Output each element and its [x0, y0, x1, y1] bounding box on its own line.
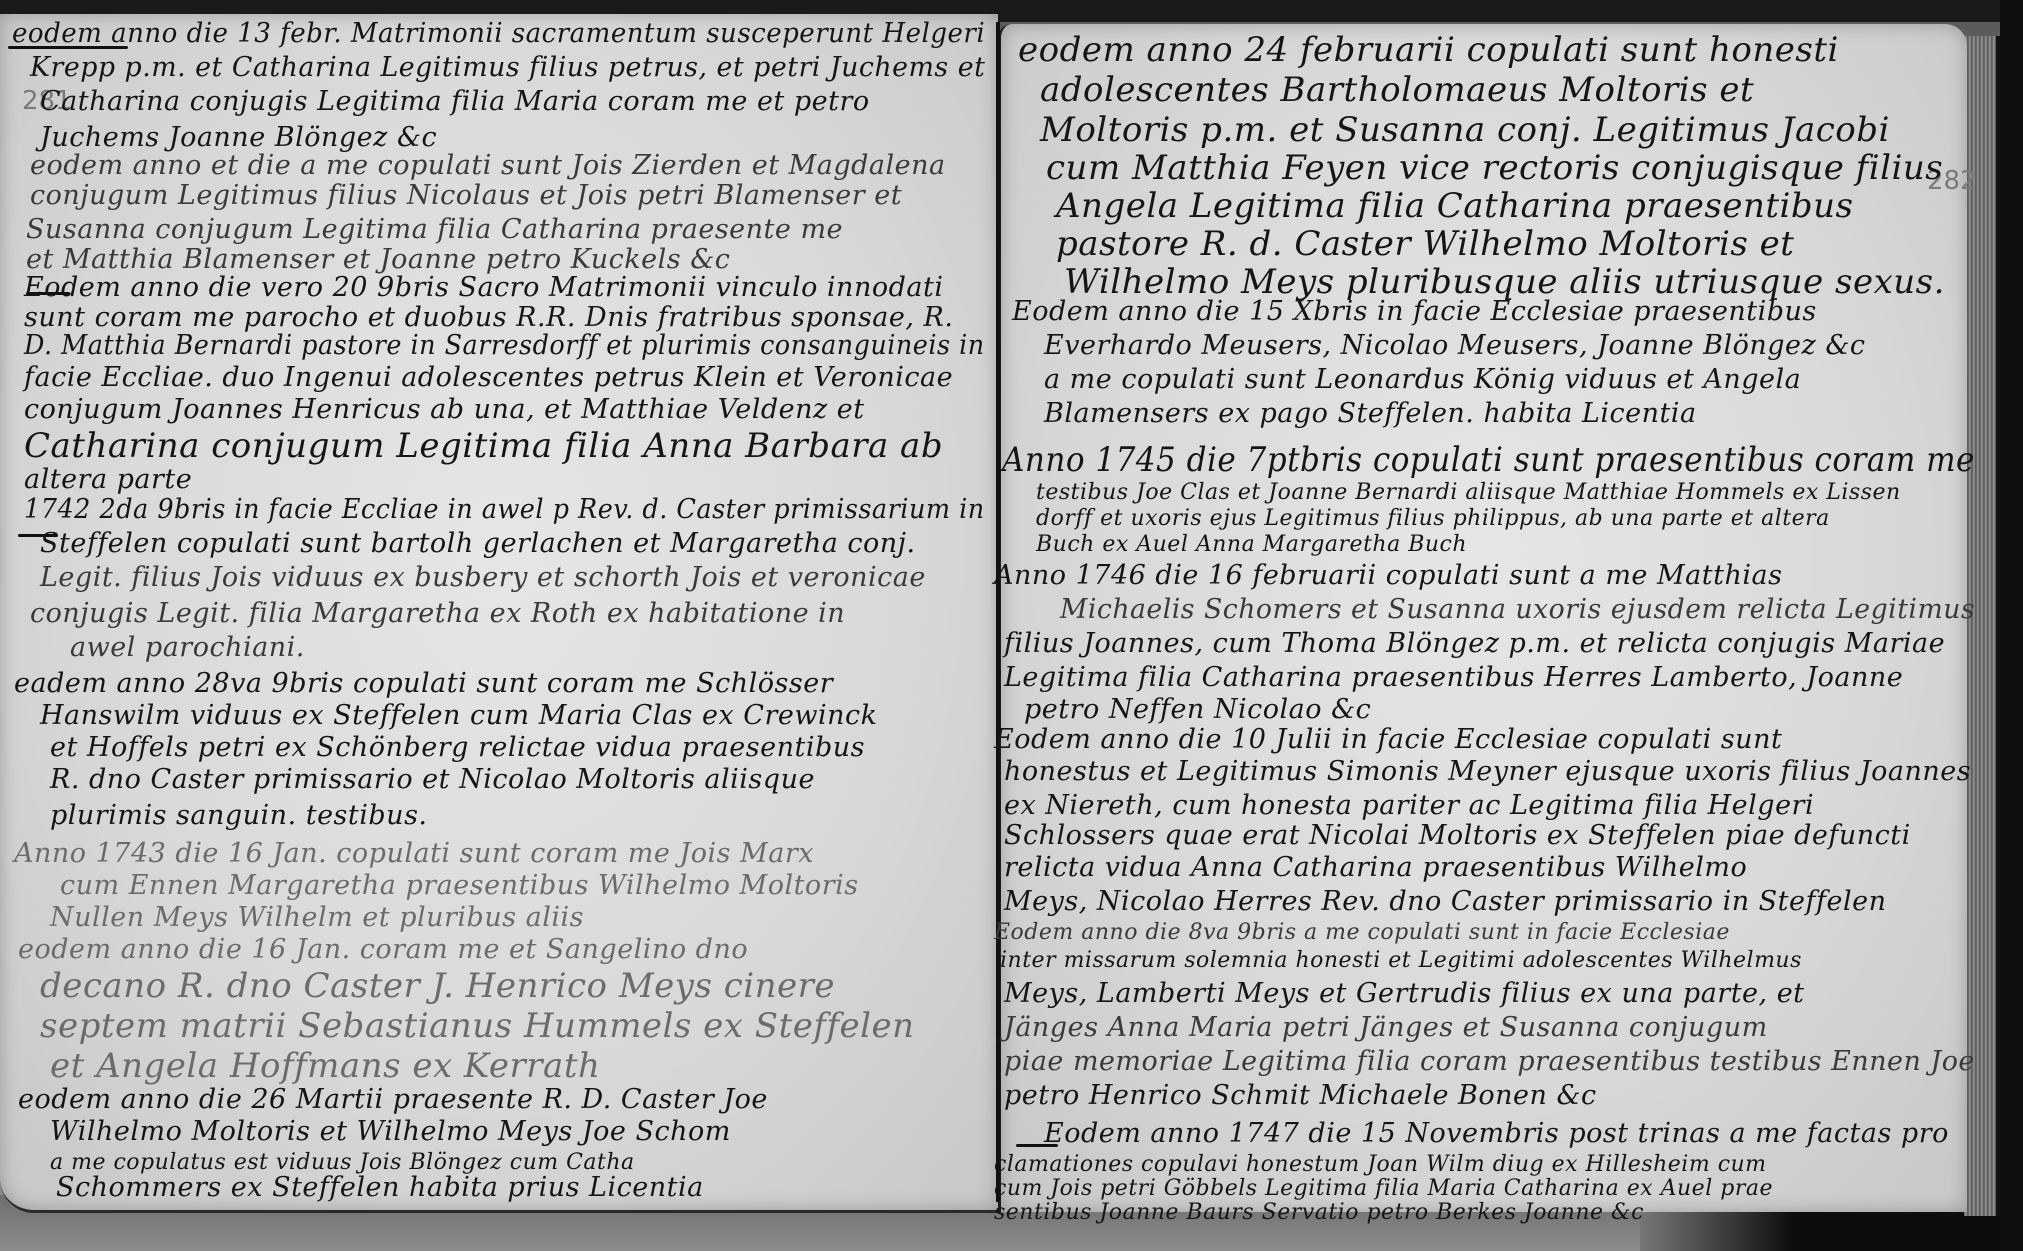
- entry-line: Moltoris p.m. et Susanna conj. Legitimus…: [1040, 110, 1890, 150]
- entry-line: Juchems Joanne Blöngez &c: [40, 122, 437, 153]
- entry-line: Jänges Anna Maria petri Jänges et Susann…: [1004, 1012, 1768, 1043]
- entry-line: altera parte: [24, 464, 192, 495]
- entry-line: Anno 1745 die 7ptbris copulati sunt prae…: [1002, 440, 1975, 480]
- entry-line: eodem anno die 26 Martii praesente R. D.…: [18, 1084, 768, 1115]
- entry-line: Michaelis Schomers et Susanna uxoris eju…: [1060, 594, 1975, 625]
- entry-line: clamationes copulavi honestum Joan Wilm …: [994, 1152, 1767, 1177]
- page-gutter: [996, 22, 1000, 1202]
- entry-line: plurimis sanguin. testibus.: [50, 800, 428, 831]
- entry-line: sunt coram me parocho et duobus R.R. Dni…: [24, 302, 953, 333]
- entry-line: ex Niereth, cum honesta pariter ac Legit…: [1004, 790, 1814, 821]
- entry-line: petro Henrico Schmit Michaele Bonen &c: [1004, 1080, 1597, 1111]
- entry-line: Eodem anno die vero 20 9bris Sacro Matri…: [24, 272, 943, 303]
- entry-line: Eodem anno die 10 Julii in facie Ecclesi…: [994, 724, 1782, 755]
- entry-line: eodem anno et die a me copulati sunt Joi…: [30, 150, 946, 181]
- entry-line: Legitima filia Catharina praesentibus He…: [1004, 662, 1903, 693]
- entry-line: pastore R. d. Caster Wilhelmo Moltoris e…: [1056, 224, 1794, 264]
- entry-line: decano R. dno Caster J. Henrico Meys cin…: [40, 966, 835, 1006]
- entry-line: Eodem anno die 8va 9bris a me copulati s…: [994, 920, 1730, 945]
- entry-line: Angela Legitima filia Catharina praesent…: [1056, 186, 1854, 226]
- entry-line: Meys, Nicolao Herres Rev. dno Caster pri…: [1004, 886, 1886, 917]
- page-stack-edge: [1964, 36, 2000, 1216]
- entry-line: septem matrii Sebastianus Hummels ex Ste…: [40, 1006, 915, 1046]
- entry-line: sentibus Joanne Baurs Servatio petro Ber…: [994, 1200, 1644, 1225]
- entry-line: piae memoriae Legitima filia coram praes…: [1004, 1046, 1975, 1077]
- entry-line: et Angela Hoffmans ex Kerrath: [50, 1046, 600, 1086]
- entry-line: dorff et uxoris ejus Legitimus filius ph…: [1036, 506, 1830, 531]
- entry-line: Krepp p.m. et Catharina Legitimus filius…: [30, 52, 985, 83]
- entry-line: eodem anno die 16 Jan. coram me et Sange…: [18, 934, 748, 965]
- entry-line: petro Neffen Nicolao &c: [1024, 694, 1371, 725]
- entry-line: 1742 2da 9bris in facie Eccliae in awel …: [24, 494, 985, 525]
- entry-line: conjugis Legit. filia Margaretha ex Roth…: [30, 598, 845, 629]
- entry-line: a me copulati sunt Leonardus König viduu…: [1044, 364, 1801, 395]
- entry-line: eadem anno 28va 9bris copulati sunt cora…: [14, 668, 833, 699]
- entry-line: relicta vidua Anna Catharina praesentibu…: [1004, 852, 1747, 883]
- entry-line: Hanswilm viduus ex Steffelen cum Maria C…: [40, 700, 877, 731]
- entry-line: Susanna conjugum Legitima filia Catharin…: [26, 214, 843, 245]
- entry-line: eodem anno 24 februarii copulati sunt ho…: [1018, 30, 1839, 70]
- entry-line: cum Jois petri Göbbels Legitima filia Ma…: [994, 1176, 1773, 1201]
- entry-line: R. dno Caster primissario et Nicolao Mol…: [50, 764, 815, 795]
- entry-line: Eodem anno die 15 Xbris in facie Ecclesi…: [1012, 296, 1817, 327]
- entry-line: et Matthia Blamenser et Joanne petro Kuc…: [26, 244, 730, 275]
- entry-line: cum Ennen Margaretha praesentibus Wilhel…: [60, 870, 859, 901]
- entry-line: Schommers ex Steffelen habita prius Lice…: [56, 1172, 704, 1203]
- entry-line: Nullen Meys Wilhelm et pluribus aliis: [50, 902, 584, 933]
- entry-line: adolescentes Bartholomaeus Moltoris et: [1040, 70, 1754, 110]
- entry-line: Schlossers quae erat Nicolai Moltoris ex…: [1004, 820, 1911, 851]
- entry-line: Steffelen copulati sunt bartolh gerlache…: [40, 528, 916, 559]
- entry-underline: [26, 292, 70, 295]
- entry-line: conjugum Joannes Henricus ab una, et Mat…: [24, 394, 865, 425]
- entry-line: awel parochiani.: [70, 632, 305, 663]
- entry-line: Anno 1743 die 16 Jan. copulati sunt cora…: [14, 838, 814, 869]
- entry-line: filius Joannes, cum Thoma Blöngez p.m. e…: [1004, 628, 1945, 659]
- entry-line: testibus Joe Clas et Joanne Bernardi ali…: [1036, 480, 1901, 505]
- entry-line: Wilhelmo Moltoris et Wilhelmo Meys Joe S…: [50, 1116, 731, 1147]
- entry-line: Everhardo Meusers, Nicolao Meusers, Joan…: [1044, 330, 1865, 361]
- entry-line: facie Eccliae. duo Ingenui adolescentes …: [24, 362, 953, 393]
- entry-underline: [1016, 1144, 1058, 1147]
- entry-underline: [18, 534, 58, 537]
- entry-line: Legit. filius Jois viduus ex busbery et …: [40, 562, 926, 593]
- entry-line: Blamensers ex pago Steffelen. habita Lic…: [1044, 398, 1697, 429]
- entry-line: Meys, Lamberti Meys et Gertrudis filius …: [1004, 978, 1805, 1009]
- entry-line: Catharina conjugis Legitima filia Maria …: [40, 86, 870, 117]
- entry-line: cum Matthia Feyen vice rectoris conjugis…: [1046, 148, 1943, 188]
- entry-line: conjugum Legitimus filius Nicolaus et Jo…: [30, 180, 902, 211]
- entry-line: D. Matthia Bernardi pastore in Sarresdor…: [24, 330, 985, 361]
- entry-line: eodem anno die 13 febr. Matrimonii sacra…: [12, 18, 985, 49]
- entry-line: honestus et Legitimus Simonis Meyner eju…: [1004, 756, 1971, 787]
- entry-line: Buch ex Auel Anna Margaretha Buch: [1036, 532, 1467, 557]
- entry-line: Anno 1746 die 16 februarii copulati sunt…: [994, 560, 1782, 591]
- entry-line: Catharina conjugum Legitima filia Anna B…: [24, 426, 943, 466]
- entry-line: inter missarum solemnia honesti et Legit…: [1000, 948, 1802, 973]
- entry-underline: [8, 46, 128, 49]
- entry-line: Eodem anno 1747 die 15 Novembris post tr…: [1044, 1118, 1949, 1149]
- scan-edge: [2000, 0, 2023, 1251]
- entry-line: et Hoffels petri ex Schönberg relictae v…: [50, 732, 865, 763]
